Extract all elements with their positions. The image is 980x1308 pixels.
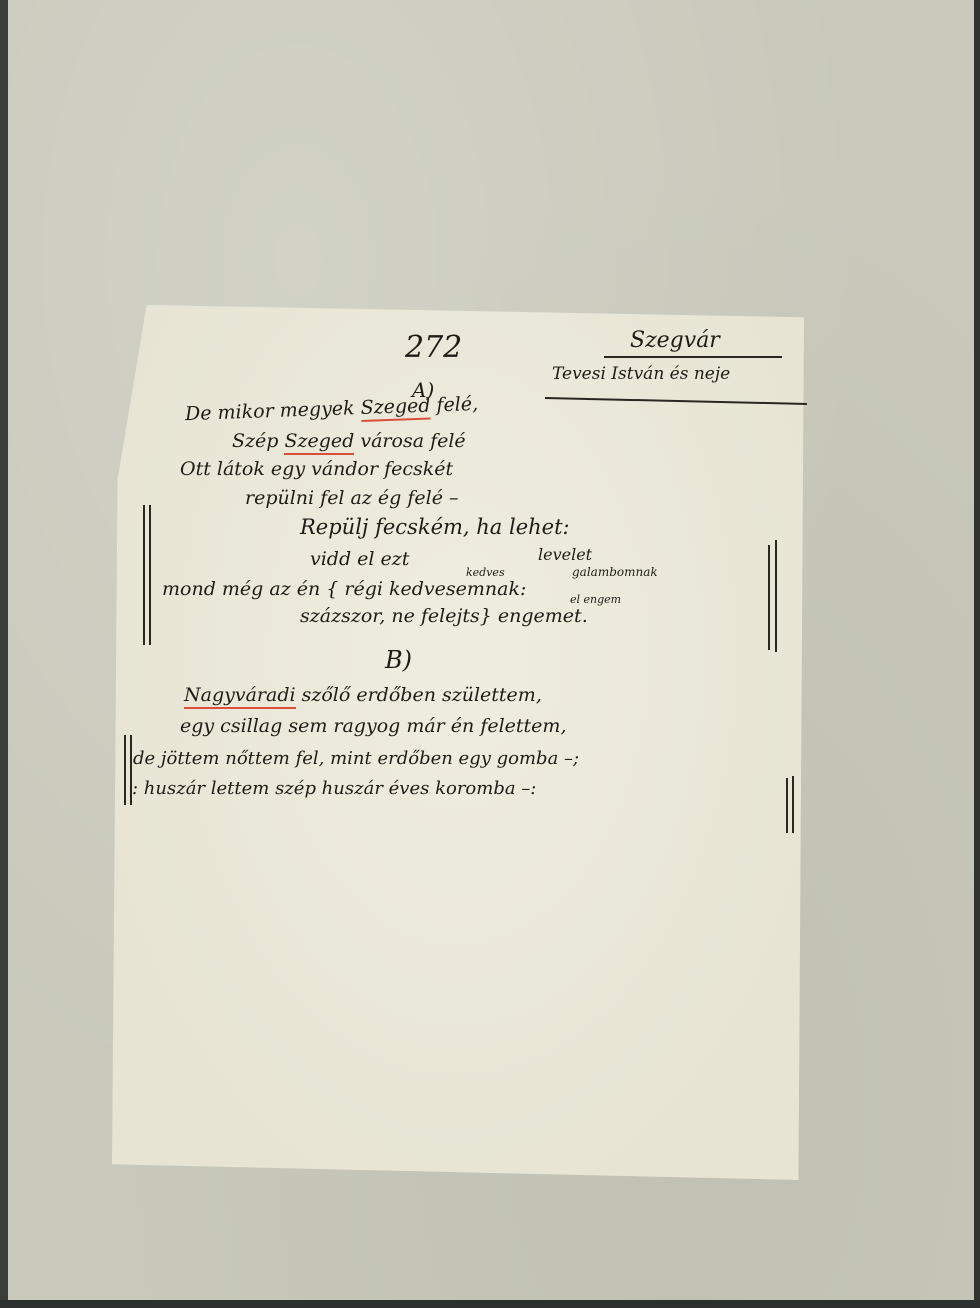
repeat-bar-right-b2 — [792, 776, 794, 833]
verse-line-b1: Nagyváradi szőlő erdőben születtem, — [184, 684, 542, 706]
place-underlined-szeged: Szeged — [360, 395, 431, 422]
verse-a7-insert-right: galambomnak — [572, 565, 658, 579]
board-edge-bottom — [0, 1300, 980, 1308]
informant-name: Tevesi István és neje — [552, 364, 730, 384]
place-underlined-szeged-2: Szeged — [284, 430, 354, 455]
repeat-bar-left-a — [143, 505, 145, 645]
repeat-bar-right-b — [786, 778, 788, 833]
verse-line-b3: de jöttem nőttem fel, mint erdőben egy g… — [133, 748, 579, 769]
verse-line-a5: Repülj fecském, ha lehet: — [300, 515, 570, 539]
verse-line-a4: repülni fel az ég felé – — [245, 487, 459, 509]
place-name: Szegvár — [630, 328, 720, 353]
section-b-label: B) — [385, 646, 412, 674]
repeat-bar-right-a — [768, 545, 770, 650]
verse-a6-insert: levelet — [538, 545, 592, 564]
verse-line-a2: Szép Szeged városa felé — [232, 430, 466, 452]
verse-line-a8: százszor, ne felejts} engemet. — [300, 605, 588, 627]
repeat-bar-left-a2 — [149, 505, 151, 645]
verse-line-a6: vidd el ezt — [310, 548, 409, 570]
verse-line-b4: : huszár lettem szép huszár éves koromba… — [132, 778, 536, 799]
verse-line-b2: egy csillag sem ragyog már én felettem, — [180, 715, 567, 737]
verse-line-a3: Ott látok egy vándor fecskét — [180, 458, 453, 480]
item-number: 272 — [405, 330, 462, 365]
repeat-bar-right-a2 — [775, 540, 777, 652]
board-edge-left — [0, 0, 8, 1308]
board-edge-right — [974, 0, 980, 1308]
verse-line-a7: mond még az én { régi kedvesemnak: — [162, 578, 526, 600]
place-underline — [604, 356, 782, 358]
place-underlined-nagyvaradi: Nagyváradi — [184, 684, 296, 709]
repeat-bar-left-b — [124, 735, 126, 805]
